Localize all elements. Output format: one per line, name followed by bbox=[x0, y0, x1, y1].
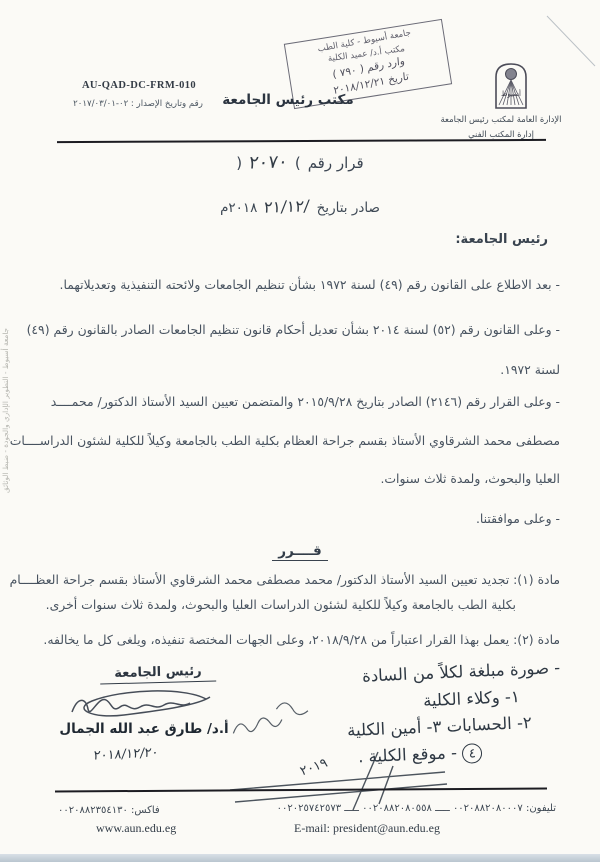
decree-prefix: قرار رقم bbox=[308, 154, 364, 172]
form-code: AU-QAD-DC-FRM-010 bbox=[58, 80, 220, 91]
university-logo: أسيوط bbox=[489, 60, 533, 112]
clause-decree-2146-line3: العليا والبحوث، ولمدة ثلاث سنوات. bbox=[26, 471, 560, 486]
scan-artifact-line bbox=[543, 12, 599, 70]
article-2-line1: مادة (٢): يعمل بهذا القرار اعتباراً من ٢… bbox=[26, 632, 560, 647]
issued-year: ٢٠١٨م bbox=[220, 200, 257, 216]
footer-email: E-mail: president@aun.edu.eg bbox=[294, 821, 440, 836]
clause-decree-2146-line2: مصطفى محمد الشرقاوي الأستاذ بقسم جراحة ا… bbox=[26, 433, 560, 448]
decree-number-handwritten: ٢٠٧٠ bbox=[248, 151, 289, 173]
note-accounts-secretary: ٢- الحسابات ٣- أمين الكلية bbox=[347, 713, 532, 740]
salutation: رئيس الجامعة: bbox=[455, 232, 548, 247]
decision-word-text: قــــرر bbox=[272, 543, 327, 561]
note-vice-deans: ١- وكلاء الكلية bbox=[423, 687, 521, 710]
footer-phones: تليفون: ٠٠٢٠٨٨٢٠٨٠٠٠٧ ـــــ ٠٠٢٠٨٨٢٠٨٠٥٥… bbox=[277, 803, 556, 814]
signature-title: رئيس الجامعة bbox=[100, 663, 216, 684]
article-1-line1: مادة (١): تجديد تعيين السيد الأستاذ الدك… bbox=[26, 572, 560, 587]
decree-open-paren: ( bbox=[295, 154, 301, 172]
office-title: مكتب رئيس الجامعة bbox=[215, 92, 361, 108]
general-administration-line: الإدارة العامة لمكتب رئيس الجامعة bbox=[428, 114, 574, 124]
clause-law-49: - بعد الاطلاع على القانون رقم (٤٩) لسنة … bbox=[26, 277, 560, 292]
article-1-line2: بكلية الطب بالجامعة وكيلاً للكلية لشئون … bbox=[26, 597, 560, 612]
signature-name: أ.د/ طارق عبد الله الجمال bbox=[46, 721, 242, 737]
clause-law-52-line2: لسنة ١٩٧٢. bbox=[26, 362, 560, 377]
scan-bottom-edge bbox=[0, 854, 600, 862]
issued-daymonth-handwritten: ٢١/١٢/ bbox=[264, 196, 311, 217]
clause-decree-2146-line1: - وعلى القرار رقم (٢١٤٦) الصادر بتاريخ ٢… bbox=[26, 394, 560, 409]
form-issue-line: رقم وتاريخ الإصدار : ٠٢-٢٠١٧/٠٣/٠١ bbox=[40, 99, 236, 109]
decree-number-line: قرار رقم ( ٢٠٧٠ ) bbox=[0, 152, 600, 173]
footer-website: www.aun.edu.eg bbox=[96, 821, 176, 836]
logo-caption: أسيوط bbox=[501, 89, 521, 98]
clause-law-52-line1: - وعلى القانون رقم (٥٢) لسنة ٢٠١٤ بشأن ت… bbox=[26, 322, 560, 337]
referral-scribble bbox=[223, 690, 319, 752]
decree-close-paren: ) bbox=[236, 154, 242, 172]
header-divider bbox=[57, 139, 546, 143]
footer-fax: فاكس: ٠٠٢٠٨٨٢٣٥٤١٣٠ bbox=[58, 805, 160, 816]
decision-word: قــــرر bbox=[0, 540, 600, 561]
signature-date-handwritten: ٢٠١٨/١٢/٢٠ bbox=[65, 744, 187, 765]
note-copy-header: - صورة مبلغة لكلاً من السادة bbox=[362, 658, 561, 686]
scanned-decree-document: جامعة أسيوط - التطوير الإداري والجودة - … bbox=[0, 0, 600, 862]
issued-prefix: صادر بتاريخ bbox=[317, 200, 380, 216]
issued-date-line: صادر بتاريخ ٢١/١٢/ ٢٠١٨م bbox=[0, 197, 600, 216]
technical-office-line: إدارة المكتب الفني bbox=[428, 129, 574, 139]
clause-approval: - وعلى موافقتنا. bbox=[26, 511, 560, 526]
